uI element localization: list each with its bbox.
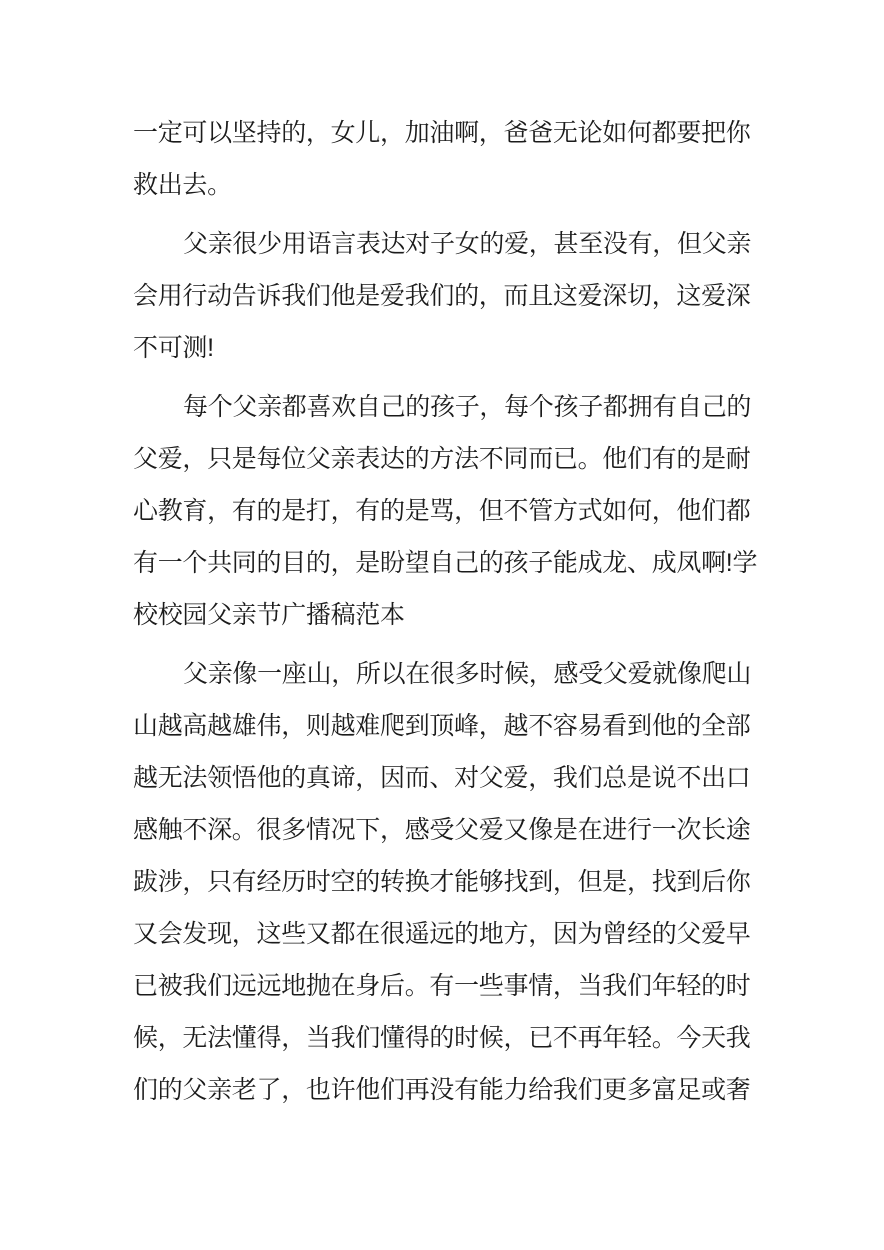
text-line: 父亲很少用语言表达对子女的爱，甚至没有，但父亲	[133, 218, 750, 270]
text-line: 校校园父亲节广播稿范本	[133, 589, 750, 641]
paragraph: 父亲很少用语言表达对子女的爱，甚至没有，但父亲 会用行动告诉我们他是爱我们的，而…	[133, 218, 750, 374]
text-line: 候，无法懂得，当我们懂得的时候，已不再年轻。今天我	[133, 1012, 750, 1064]
paragraph: 父亲像一座山，所以在很多时候，感受父爱就像爬山 山越高越雄伟，则越难爬到顶峰，越…	[133, 648, 750, 1116]
paragraph: 每个父亲都喜欢自己的孩子，每个孩子都拥有自己的 父爱，只是每位父亲表达的方法不同…	[133, 381, 750, 641]
text-line: 跋涉，只有经历时空的转换才能够找到，但是，找到后你	[133, 856, 750, 908]
document-page: 一定可以坚持的，女儿，加油啊，爸爸无论如何都要把你 救出去。 父亲很少用语言表达…	[0, 0, 884, 1250]
paragraph: 一定可以坚持的，女儿，加油啊，爸爸无论如何都要把你 救出去。	[133, 107, 750, 211]
text-line: 感触不深。很多情况下，感受父爱又像是在进行一次长途	[133, 804, 750, 856]
text-line: 又会发现，这些又都在很遥远的地方，因为曾经的父爱早	[133, 908, 750, 960]
text-line: 一定可以坚持的，女儿，加油啊，爸爸无论如何都要把你	[133, 107, 750, 159]
text-line: 每个父亲都喜欢自己的孩子，每个孩子都拥有自己的	[133, 381, 750, 433]
text-line: 不可测!	[133, 322, 750, 374]
text-line: 救出去。	[133, 159, 750, 211]
text-line: 们的父亲老了，也许他们再没有能力给我们更多富足或奢	[133, 1064, 750, 1116]
text-line: 心教育，有的是打，有的是骂，但不管方式如何，他们都	[133, 485, 750, 537]
text-line: 山越高越雄伟，则越难爬到顶峰，越不容易看到他的全部	[133, 700, 750, 752]
text-line: 父爱，只是每位父亲表达的方法不同而已。他们有的是耐	[133, 433, 750, 485]
text-line: 有一个共同的目的，是盼望自己的孩子能成龙、成凤啊!学	[133, 537, 750, 589]
text-line: 会用行动告诉我们他是爱我们的，而且这爱深切，这爱深	[133, 270, 750, 322]
text-line: 父亲像一座山，所以在很多时候，感受父爱就像爬山	[133, 648, 750, 700]
text-line: 越无法领悟他的真谛，因而、对父爱，我们总是说不出口	[133, 752, 750, 804]
text-line: 已被我们远远地抛在身后。有一些事情，当我们年轻的时	[133, 960, 750, 1012]
